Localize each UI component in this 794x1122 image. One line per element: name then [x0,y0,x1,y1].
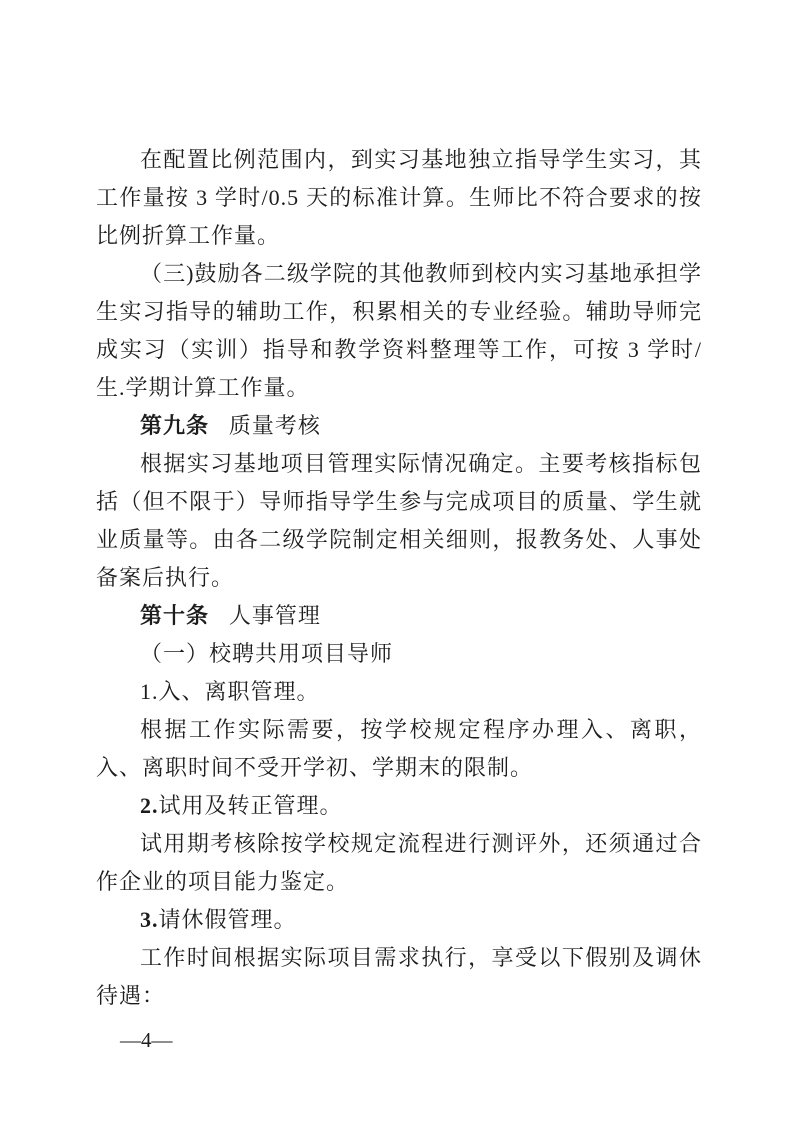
item-1-number: 1. [140,679,159,704]
paragraph-workload: 在配置比例范围内，到实习基地独立指导学生实习，其工作量按 3 学时/0.5 天的… [96,141,702,255]
item-3-text: 请休假管理。 [159,907,297,932]
numbered-item-3: 3.请休假管理。 [96,901,702,939]
sub-item-one: （一）校聘共用项目导师 [96,635,702,673]
paragraph-probation: 试用期考核除按学校规定流程进行测评外，还须通过合作企业的项目能力鉴定。 [96,825,702,901]
article-10-number: 第十条 [140,603,209,628]
document-body: 在配置比例范围内，到实习基地独立指导学生实习，其工作量按 3 学时/0.5 天的… [96,141,702,1015]
item-3-number: 3. [140,907,159,932]
item-2-number: 2. [140,793,159,818]
document-page: 在配置比例范围内，到实习基地独立指导学生实习，其工作量按 3 学时/0.5 天的… [0,0,794,1122]
article-9-title: 质量考核 [229,413,321,438]
page-number: —4— [120,1026,173,1054]
numbered-item-1: 1.入、离职管理。 [96,673,702,711]
paragraph-quality-assessment: 根据实习基地项目管理实际情况确定。主要考核指标包括（但不限于）导师指导学生参与完… [96,445,702,597]
article-9-number: 第九条 [140,413,209,438]
article-10-title: 人事管理 [229,603,321,628]
article-heading-10: 第十条人事管理 [96,597,702,635]
paragraph-item-three: （三)鼓励各二级学院的其他教师到校内实习基地承担学生实习指导的辅助工作，积累相关… [96,255,702,407]
paragraph-entry-exit: 根据工作实际需要，按学校规定程序办理入、离职，入、离职时间不受开学初、学期末的限… [96,711,702,787]
item-2-text: 试用及转正管理。 [159,793,343,818]
numbered-item-2: 2.试用及转正管理。 [96,787,702,825]
item-1-text: 入、离职管理。 [159,679,320,704]
article-heading-9: 第九条质量考核 [96,407,702,445]
paragraph-working-hours: 工作时间根据实际项目需求执行，享受以下假别及调休待遇： [96,939,702,1015]
